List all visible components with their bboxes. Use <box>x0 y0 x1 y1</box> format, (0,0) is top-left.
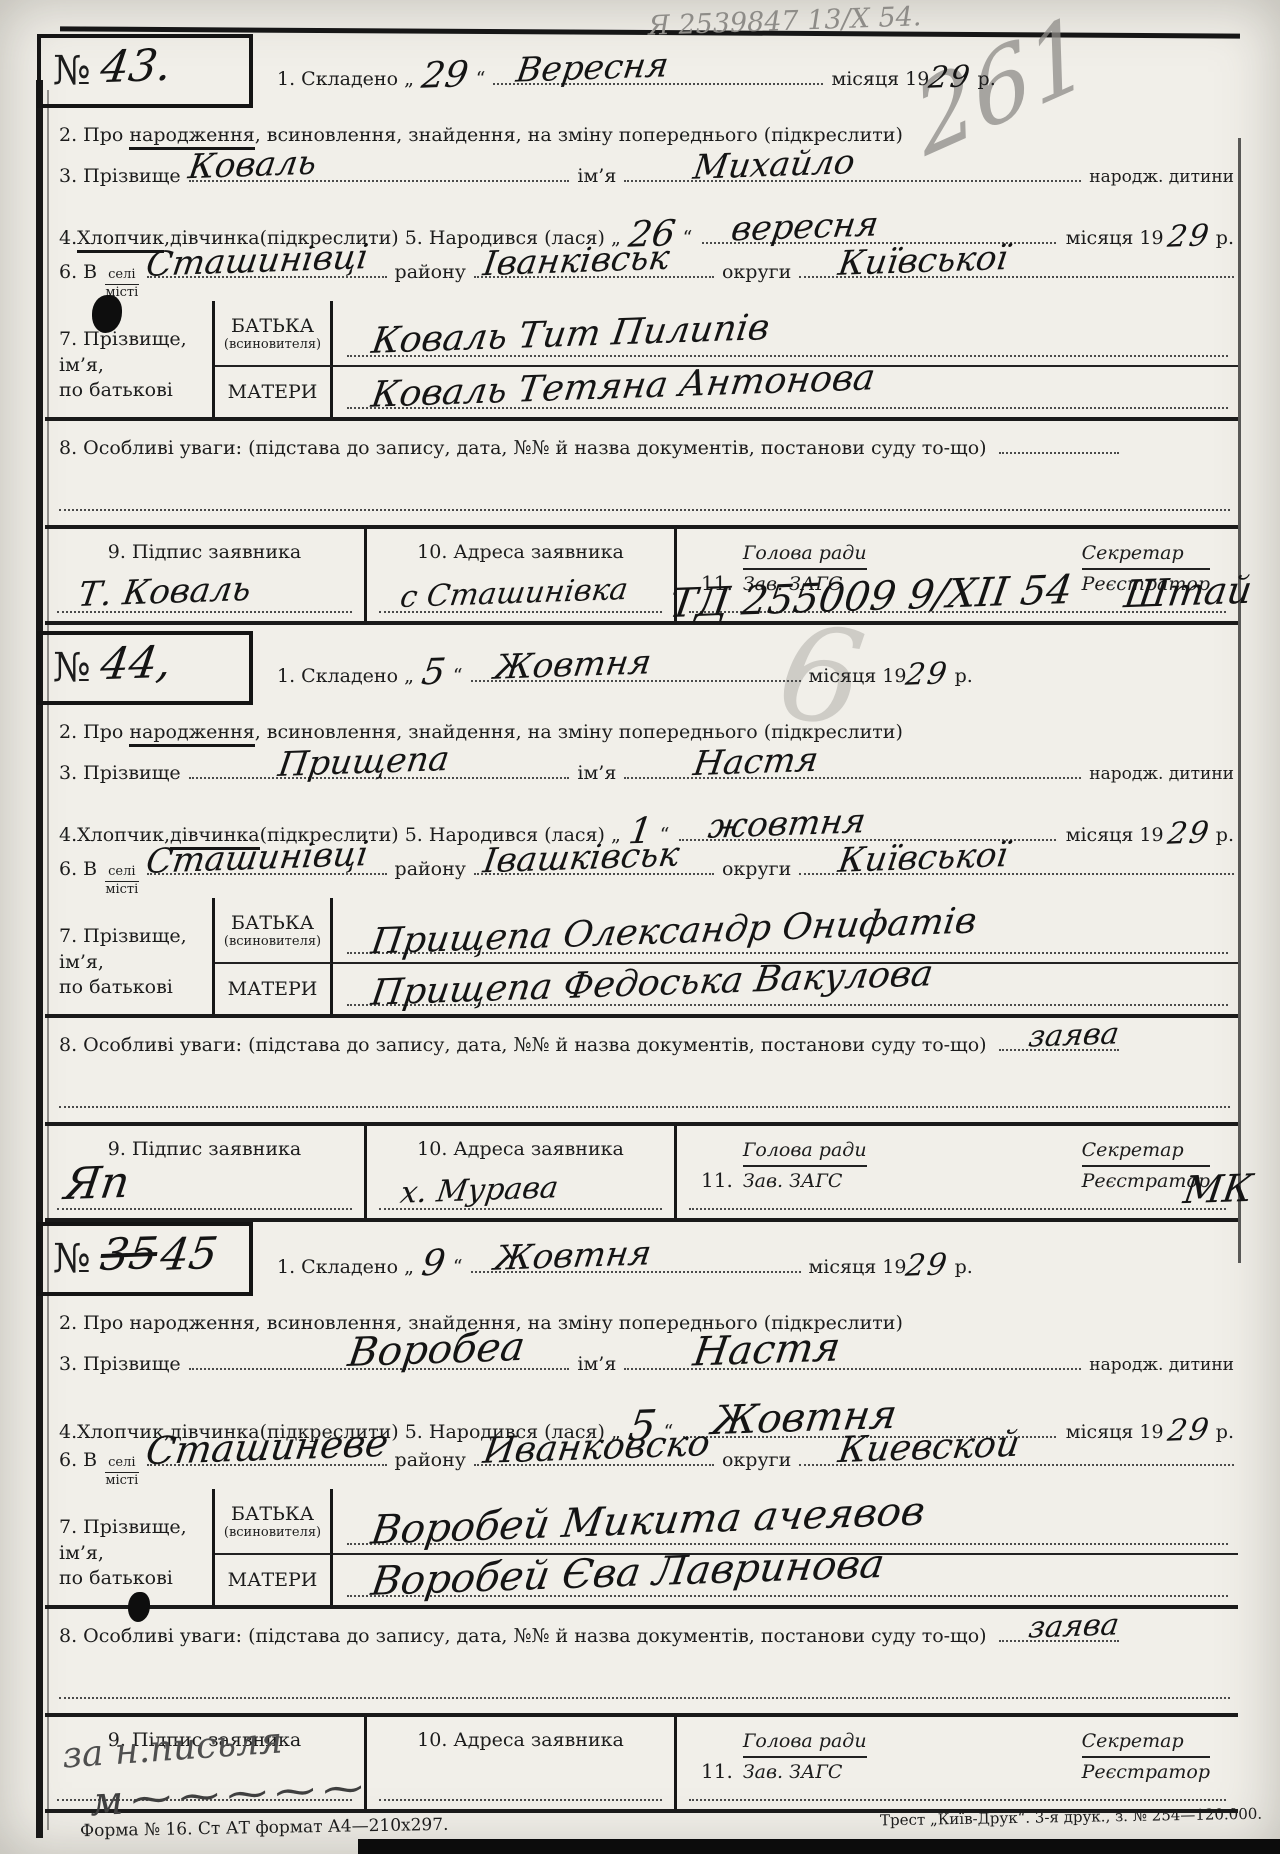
officials-labels: 11.Голова радиЗав. ЗАГС СекретарРеєстрат… <box>677 1138 1238 1193</box>
officials-cell: 11.Голова радиЗав. ЗАГС СекретарРеєстрат… <box>677 1717 1238 1809</box>
surname-entry-line: Воробеа <box>189 1356 570 1370</box>
born-month: жовтня <box>707 804 869 843</box>
town-label: місті <box>105 882 138 898</box>
number-sign: № <box>53 1236 91 1282</box>
record-header-row: № 35 45 1. Складено „ 9 “ Жовтня місяця … <box>45 1218 1238 1298</box>
compiled-line: 1. Складено „ 9 “ Жовтня місяця 19 29 р. <box>277 1244 1238 1280</box>
parents-label-2: по батькові <box>59 379 173 401</box>
village-label: селі <box>105 268 138 285</box>
father-sublabel: (всиновителя) <box>224 934 321 949</box>
type-rest: , всиновлення, знайдення, на зміну попер… <box>255 124 903 146</box>
district-entry-line: Іванківськ <box>474 264 714 278</box>
remarks-entry <box>999 442 1119 454</box>
remarks-row: 8. Особливі уваги: (підстава до запису, … <box>45 421 1238 529</box>
surname-value: Коваль <box>186 146 319 184</box>
okruga-entry-line: Київської <box>799 861 1234 875</box>
name-label: ім’я <box>577 165 616 187</box>
parents-table: 7. Прізвище, ім’я, по батькові БАТЬКА (в… <box>45 1489 1238 1609</box>
surname-label: 3. Прізвище <box>59 1353 181 1375</box>
record-header-row: № 43. 1. Складено „ 29 “ Вересня місяця … <box>45 30 1238 110</box>
made-year: 29 <box>904 659 951 690</box>
remarks-value: заява <box>1026 1019 1120 1052</box>
year-r-label2: р. <box>1216 824 1234 846</box>
applicant-signature-label: 9. Підпис заявника <box>108 541 301 563</box>
mother-value: Коваль Тетяна Антонова <box>369 360 877 413</box>
remarks-entry: заява <box>999 1630 1119 1642</box>
zags-label: Зав. ЗАГС <box>743 1758 867 1785</box>
born-year: 29 <box>1165 221 1212 252</box>
name-entry-line: Настя <box>624 765 1081 779</box>
month-of-label2: місяця 19 <box>1066 824 1164 846</box>
item-11-number: 11. <box>701 1168 733 1192</box>
father-sublabel: (всиновителя) <box>224 1525 321 1540</box>
applicant-address-cell: 10. Адреса заявника с Сташинівка <box>367 529 677 621</box>
type-pre: 2. Про <box>59 1312 129 1334</box>
place-line: 6. В селімісті Сташинівці району Іванків… <box>45 251 1238 301</box>
name-entry-line: Михайло <box>624 168 1081 182</box>
child-label: народж. дитини <box>1089 764 1234 784</box>
type-pre: 2. Про <box>59 721 129 743</box>
father-label-cell: БАТЬКА (всиновителя) <box>215 301 333 367</box>
mother-label-cell: МАТЕРИ <box>215 1555 333 1605</box>
compiled-label: 1. Складено „ <box>277 1256 414 1278</box>
quote-close2: “ <box>683 227 693 249</box>
place-value: Сташиневе <box>143 1424 390 1470</box>
secretary-label: Секретар <box>1082 541 1210 570</box>
father-sublabel: (всиновителя) <box>224 337 321 352</box>
parents-label-1: 7. Прізвище, ім’я, <box>59 925 187 973</box>
officials-cell: 11.Голова радиЗав. ЗАГС СекретарРеєстрат… <box>677 529 1238 621</box>
secretary-signature: МК <box>1181 1169 1255 1209</box>
father-value-cell: Коваль Тит Пилипів <box>333 301 1238 367</box>
record-number-crossed: 35 <box>98 1232 161 1278</box>
applicant-signature-label: 9. Підпис заявника <box>108 1138 301 1160</box>
surname-value: Воробеа <box>345 1327 527 1373</box>
parents-label-cell: 7. Прізвище, ім’я, по батькові <box>45 301 215 417</box>
mother-label: МАТЕРИ <box>228 1569 318 1591</box>
applicant-address-cell: 10. Адреса заявника х. Мурава <box>367 1126 677 1218</box>
month-of-label2: місяця 19 <box>1066 227 1164 249</box>
child-label: народж. дитини <box>1089 167 1234 187</box>
applicant-signature: Т. Коваль <box>76 572 253 612</box>
okruga-label: округи <box>722 261 791 283</box>
birth-word: народження <box>129 721 254 747</box>
surname-entry-line: Коваль <box>189 168 570 182</box>
in-label: 6. В <box>59 1449 97 1471</box>
village-label: селі <box>105 1456 138 1473</box>
month-of-label: місяця 19 <box>831 68 929 90</box>
okruga-entry-line: Киевской <box>799 1452 1234 1466</box>
compiled-line: 1. Складено „ 5 “ Жовтня місяця 19 29 р. <box>277 653 1238 689</box>
remarks-label: 8. Особливі уваги: (підстава до запису, … <box>59 1625 987 1647</box>
remarks-row: 8. Особливі уваги: (підстава до запису, … <box>45 1018 1238 1126</box>
remarks-row: 8. Особливі уваги: (підстава до запису, … <box>45 1609 1238 1717</box>
father-label: БАТЬКА <box>231 315 314 337</box>
district-entry-line: Івашківськ <box>474 861 714 875</box>
record-number: 45 <box>158 1232 221 1278</box>
record-number-box: № 44, <box>37 631 253 705</box>
made-day: 9 <box>419 1246 447 1283</box>
number-sign: № <box>53 48 91 94</box>
parents-label-2: по батькові <box>59 976 173 998</box>
applicant-address-label: 10. Адреса заявника <box>417 1729 624 1751</box>
head-block: 11.Голова радиЗав. ЗАГС <box>701 1138 867 1193</box>
okruga-value: Київської <box>836 838 1010 878</box>
record-number: 43. <box>98 44 175 90</box>
district-value: Іванківськ <box>481 241 672 281</box>
gender-pre: 4. <box>59 824 77 846</box>
mother-label-cell: МАТЕРИ <box>215 964 333 1014</box>
year-r-label: р. <box>955 1256 973 1278</box>
applicant-address-label: 10. Адреса заявника <box>417 541 624 563</box>
head-fraction: Голова радиЗав. ЗАГС <box>743 1138 867 1193</box>
surname-label: 3. Прізвище <box>59 165 181 187</box>
head-fraction: Голова радиЗав. ЗАГС <box>743 1729 867 1784</box>
okruga-value: Киевской <box>836 1427 1022 1469</box>
record-number-box: № 43. <box>37 34 253 108</box>
parents-label-cell: 7. Прізвище, ім’я, по батькові <box>45 898 215 1014</box>
remarks-dotted-line <box>59 1106 1230 1108</box>
made-month: Вересня <box>515 48 672 87</box>
year-r-label: р. <box>978 68 996 90</box>
village-label: селі <box>105 865 138 882</box>
district-label: району <box>395 261 466 283</box>
mother-value-cell: Коваль Тетяна Антонова <box>333 367 1238 417</box>
made-year: 29 <box>904 1250 951 1281</box>
town-label: місті <box>105 1473 138 1489</box>
address-dotted-line <box>379 1799 662 1801</box>
in-label: 6. В <box>59 261 97 283</box>
officials-labels: 11.Голова радиЗав. ЗАГС СекретарРеєстрат… <box>677 1729 1238 1784</box>
place-value: Сташинівці <box>144 240 370 282</box>
left-border-rule <box>36 80 43 1838</box>
made-day: 5 <box>419 655 447 692</box>
applicant-signature-cell: 9. Підпис заявника Яп <box>45 1126 367 1218</box>
father-label: БАТЬКА <box>231 1503 314 1525</box>
secretary-label: Секретар <box>1082 1729 1210 1758</box>
number-sign: № <box>53 645 91 691</box>
compiled-label: 1. Складено „ <box>277 665 414 687</box>
remarks-value: заява <box>1026 1610 1120 1643</box>
place-entry-line: Сташинівці <box>147 264 387 278</box>
record-type-line: 2. Про народження, всиновлення, знайденн… <box>45 707 1238 752</box>
remarks-dotted-line <box>59 509 1230 511</box>
quote-close: “ <box>453 1256 463 1278</box>
secretary-label: Секретар <box>1082 1138 1210 1167</box>
child-label: народж. дитини <box>1089 1355 1234 1375</box>
in-label: 6. В <box>59 858 97 880</box>
birth-word: народження <box>129 1312 254 1334</box>
head-block: 11.Голова радиЗав. ЗАГС <box>701 1729 867 1784</box>
surname-label: 3. Прізвище <box>59 762 181 784</box>
village-town-fraction: селімісті <box>105 865 138 898</box>
okruga-value: Київської <box>836 241 1010 281</box>
district-entry-line: Иванковско <box>474 1452 714 1466</box>
surname-entry-line: Прищепа <box>189 765 570 779</box>
officials-dotted-line <box>689 1208 1226 1210</box>
month-of-label: місяця 19 <box>809 665 907 687</box>
name-value: Настя <box>691 1327 843 1372</box>
place-line: 6. В селімісті Сташинівці району Івашків… <box>45 848 1238 898</box>
record-type-line: 2. Про народження, всиновлення, знайденн… <box>45 1298 1238 1343</box>
head-label: Голова ради <box>743 1729 867 1758</box>
type-pre: 2. Про <box>59 124 129 146</box>
place-value: Сташинівці <box>144 837 370 879</box>
compiled-label: 1. Складено „ <box>277 68 414 90</box>
born-month: вересня <box>730 207 881 246</box>
remarks-entry: заява <box>999 1039 1119 1051</box>
remarks-label: 8. Особливі уваги: (підстава до запису, … <box>59 437 987 459</box>
mother-value-cell: Прищепа Федоська Вакулова <box>333 964 1238 1014</box>
scan-black-strip <box>358 1839 1280 1854</box>
head-label: Голова ради <box>743 1138 867 1167</box>
applicant-address: с Сташинівка <box>398 575 629 613</box>
father-value-cell: Прищепа Олександр Онифатів <box>333 898 1238 964</box>
record-number: 44, <box>98 641 175 687</box>
father-value: Коваль Тит Пилипів <box>369 311 771 361</box>
mother-label: МАТЕРИ <box>228 381 318 403</box>
surname-line: 3. Прізвище Коваль ім’я Михайло народж. … <box>45 155 1238 203</box>
record-header-row: № 44, 1. Складено „ 5 “ Жовтня місяця 19… <box>45 627 1238 707</box>
birth-record: № 43. 1. Складено „ 29 “ Вересня місяця … <box>45 30 1238 625</box>
surname-line: 3. Прізвище Воробеа ім’я Настя народж. д… <box>45 1343 1238 1391</box>
made-year: 29 <box>927 62 974 93</box>
parents-label-1: 7. Прізвище, ім’я, <box>59 328 187 376</box>
made-month: Жовтня <box>492 645 653 684</box>
signatures-row: 9. Підпис заявника Яп 10. Адреса заявник… <box>45 1126 1238 1222</box>
applicant-address-cell: 10. Адреса заявника <box>367 1717 677 1809</box>
officials-dotted-line <box>689 1799 1226 1801</box>
parents-label-1: 7. Прізвище, ім’я, <box>59 1516 187 1564</box>
parents-label-cell: 7. Прізвище, ім’я, по батькові <box>45 1489 215 1605</box>
quote-close: “ <box>476 68 486 90</box>
parents-table: 7. Прізвище, ім’я, по батькові БАТЬКА (в… <box>45 301 1238 421</box>
year-r-label2: р. <box>1216 227 1234 249</box>
mother-label-cell: МАТЕРИ <box>215 367 333 417</box>
name-value: Настя <box>692 743 821 781</box>
district-label: району <box>395 858 466 880</box>
name-entry-line: Настя <box>624 1356 1081 1370</box>
remarks-dotted-line <box>59 1697 1230 1699</box>
year-r-label: р. <box>955 665 973 687</box>
mother-label: МАТЕРИ <box>228 978 318 1000</box>
father-label-cell: БАТЬКА (всиновителя) <box>215 1489 333 1555</box>
made-month: Жовтня <box>492 1236 653 1275</box>
secretary-fraction: СекретарРеєстратор <box>1082 1729 1210 1784</box>
made-month-line: Жовтня <box>471 670 801 682</box>
place-entry-line: Сташиневе <box>147 1452 387 1466</box>
applicant-address-label: 10. Адреса заявника <box>417 1138 624 1160</box>
made-month-line: Вересня <box>493 73 823 85</box>
surname-line: 3. Прізвище Прищепа ім’я Настя народж. д… <box>45 752 1238 800</box>
applicant-signature-cell: 9. Підпис заявника Т. Коваль <box>45 529 367 621</box>
registrar-label: Реєстратор <box>1082 1758 1210 1785</box>
district-value: Иванковско <box>481 1426 712 1470</box>
okruga-label: округи <box>722 1449 791 1471</box>
applicant-signature: Яп <box>62 1161 132 1207</box>
father-label-cell: БАТЬКА (всиновителя) <box>215 898 333 964</box>
month-of-label: місяця 19 <box>809 1256 907 1278</box>
place-entry-line: Сташинівці <box>147 861 387 875</box>
secretary-signature: Штай <box>1122 571 1255 613</box>
made-day: 29 <box>419 57 470 95</box>
made-month-line: Жовтня <box>471 1261 801 1273</box>
zags-label: Зав. ЗАГС <box>743 1167 867 1194</box>
officials-cell: 11.Голова радиЗав. ЗАГС СекретарРеєстрат… <box>677 1126 1238 1218</box>
name-label: ім’я <box>577 762 616 784</box>
quote-close: “ <box>453 665 463 687</box>
head-signature: ТД 255009 9/ХІІ 54 <box>667 570 1075 624</box>
parents-table: 7. Прізвище, ім’я, по батькові БАТЬКА (в… <box>45 898 1238 1018</box>
gender-pre: 4. <box>59 227 77 249</box>
district-label: району <box>395 1449 466 1471</box>
remarks-label: 8. Особливі уваги: (підстава до запису, … <box>59 1034 987 1056</box>
surname-value: Прищепа <box>276 742 451 782</box>
compiled-line: 1. Складено „ 29 “ Вересня місяця 19 29 … <box>277 56 1238 92</box>
parents-label-2: по батькові <box>59 1567 173 1589</box>
place-line: 6. В селімісті Сташиневе району Иванковс… <box>45 1439 1238 1489</box>
birth-record: № 44, 1. Складено „ 5 “ Жовтня місяця 19… <box>45 627 1238 1222</box>
okruga-entry-line: Київської <box>799 264 1234 278</box>
applicant-address: х. Мурава <box>398 1173 560 1208</box>
okruga-label: округи <box>722 858 791 880</box>
signatures-row: 9. Підпис заявника Т. Коваль 10. Адреса … <box>45 529 1238 625</box>
name-value: Михайло <box>691 145 857 185</box>
born-year: 29 <box>1165 818 1212 849</box>
record-number-box: № 35 45 <box>37 1222 253 1296</box>
mother-value-cell: Воробей Єва Лавринова <box>333 1555 1238 1605</box>
right-border-rule <box>1238 138 1241 1263</box>
district-value: Івашківськ <box>481 838 681 879</box>
father-label: БАТЬКА <box>231 912 314 934</box>
name-label: ім’я <box>577 1353 616 1375</box>
item-11-number: 11. <box>701 1759 733 1783</box>
village-town-fraction: селімісті <box>105 1456 138 1489</box>
head-label: Голова ради <box>743 541 867 570</box>
